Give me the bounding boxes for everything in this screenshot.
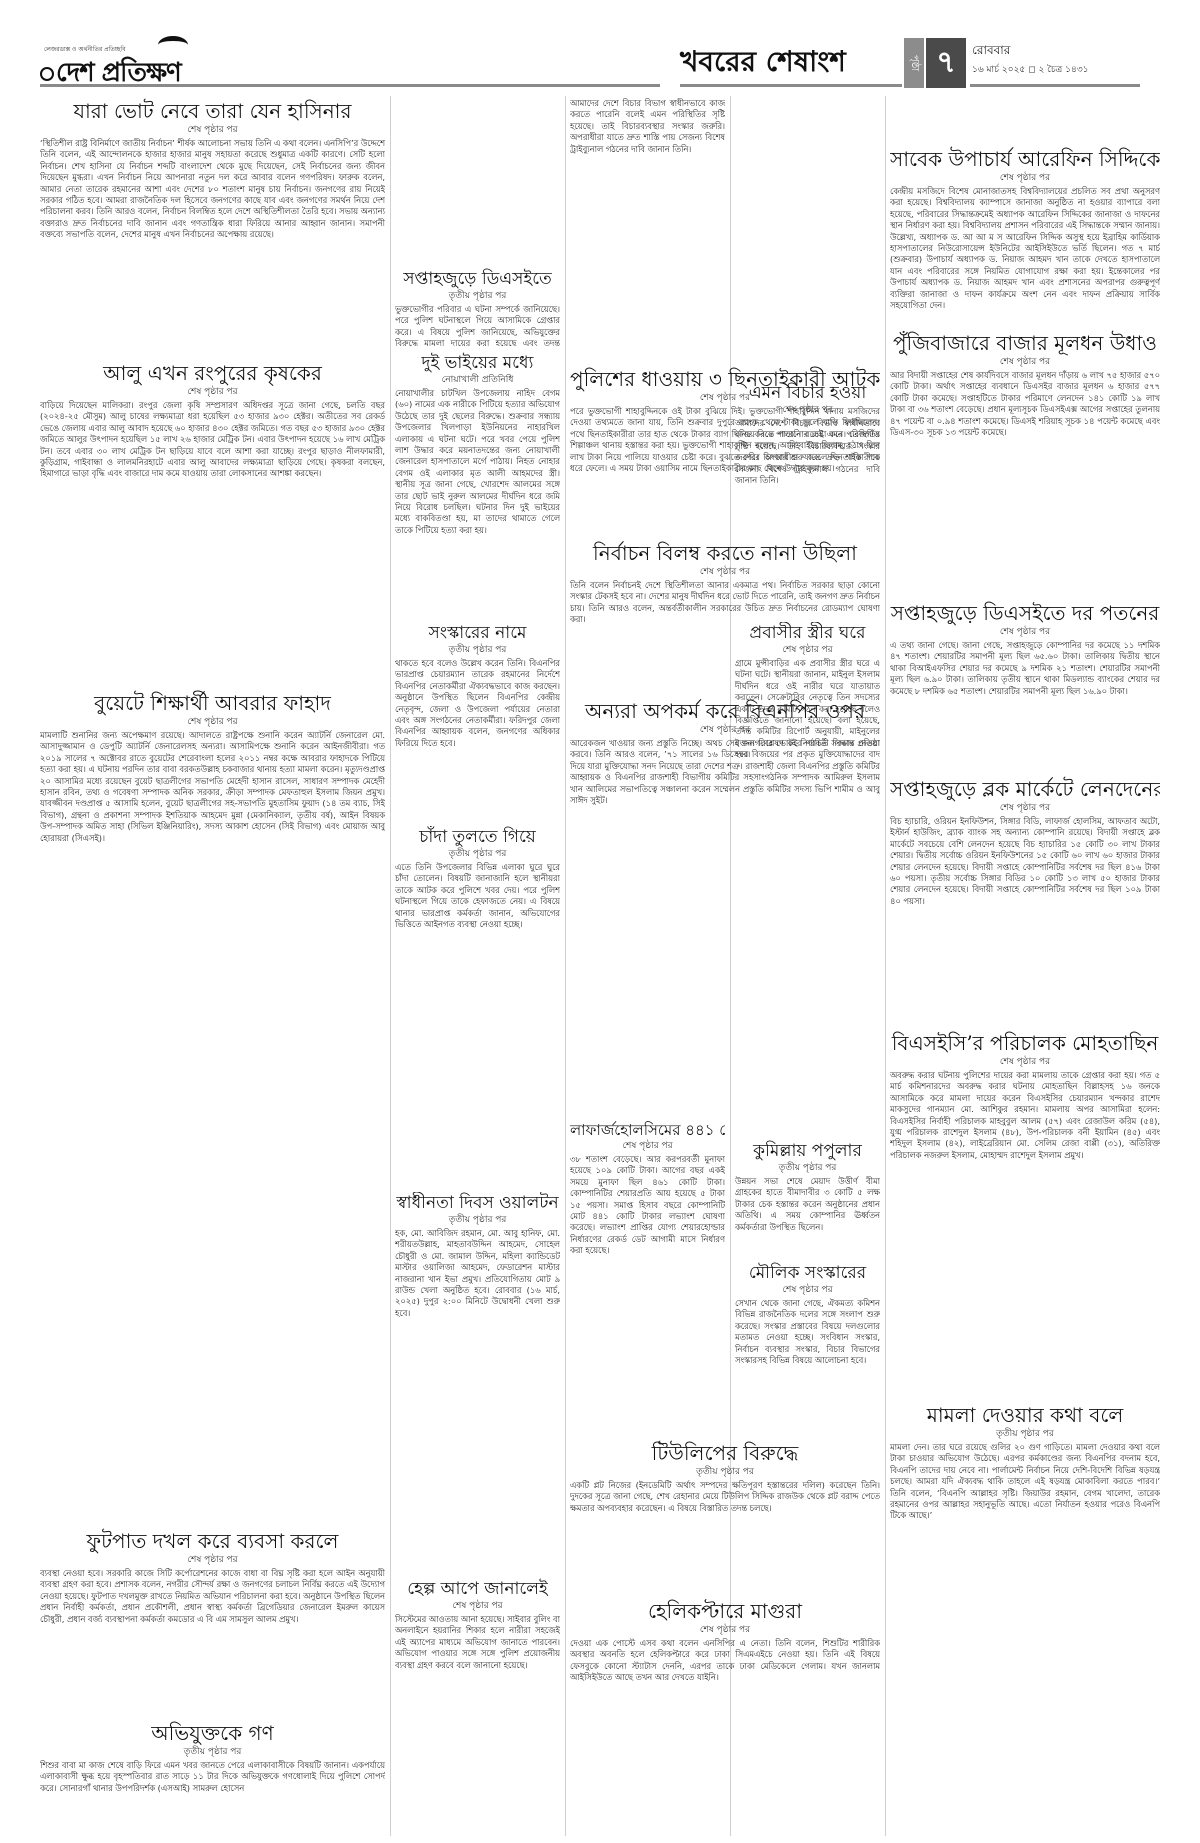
article[interactable]: মৌলিক সংস্কারের শেষ পৃষ্ঠার পর সেখান থেক… bbox=[735, 1262, 880, 1562]
article-body: এ তথ্য জানা গেছে। জানা গেছে, সপ্তাহজুড়ে… bbox=[890, 640, 1160, 697]
page-label: পৃষ্ঠা bbox=[904, 38, 924, 88]
article-headline[interactable]: লাফার্জহোলসিমের ৪৪১ কোটি টাকার bbox=[570, 1120, 725, 1140]
jump-line: শেষ পৃষ্ঠার পর bbox=[570, 1624, 880, 1636]
article-headline[interactable]: অভিযুক্তকে গণ bbox=[40, 1720, 385, 1746]
article-headline[interactable]: আলু এখন রংপুরের কৃষকের bbox=[40, 360, 385, 386]
masthead: লেজরডাক্স ও অর্থনীতির প্রতিচ্ছবি দেশ প্র… bbox=[40, 36, 1160, 92]
jump-line: শেষ পৃষ্ঠার পর bbox=[395, 1600, 560, 1612]
article[interactable]: সংস্কারের নামে তৃতীয় পৃষ্ঠার পর থাকতে হ… bbox=[395, 622, 560, 818]
article-headline[interactable]: সংস্কারের নামে bbox=[395, 622, 560, 644]
article-headline[interactable]: দুই ভাইয়ের মধ্যে bbox=[395, 352, 560, 374]
article-headline[interactable]: ফুটপাত দখল করে ব্যবসা করলে bbox=[40, 1528, 385, 1554]
page-number: ৭ bbox=[926, 38, 966, 88]
jump-line: শেষ পৃষ্ঠার পর bbox=[890, 626, 1160, 638]
article-headline[interactable]: হেল্প আপে জানালেই bbox=[395, 1578, 560, 1600]
article[interactable]: স্বাধীনতা দিবস ওয়ালটন তৃতীয় পৃষ্ঠার পর… bbox=[395, 1192, 560, 1562]
header-rule bbox=[680, 84, 902, 87]
article-body: আমাদের দেশে বিচার বিভাগ স্বাধীনভাবে কাজ … bbox=[570, 98, 725, 155]
article-headline[interactable]: সপ্তাহজুড়ে ডিএসইতে দর পতনের bbox=[890, 600, 1160, 626]
issue-day: রোববার bbox=[972, 42, 1010, 62]
article-headline[interactable]: সপ্তাহজুড়ে ডিএসইতে bbox=[395, 268, 560, 290]
jump-line: শেষ পৃষ্ঠার পর bbox=[40, 1554, 385, 1566]
article[interactable]: পুঁজিবাজারে বাজার মূলধন উধাও শেষ পৃষ্ঠার… bbox=[890, 330, 1160, 596]
article[interactable]: লাফার্জহোলসিমের ৪৪১ কোটি টাকার শেষ পৃষ্ঠ… bbox=[570, 1120, 725, 1400]
article-headline[interactable]: কুমিল্লায় পপুলার bbox=[735, 1140, 880, 1162]
article[interactable]: অভিযুক্তকে গণ তৃতীয় পৃষ্ঠার পর শিশুর বা… bbox=[40, 1720, 385, 1840]
article-body: অবরুদ্ধ করার ঘটনায় পুলিশের দায়ের করা ম… bbox=[890, 1070, 1160, 1161]
article-body: নোয়াখালীর চাটখিল উপজেলায় নাহিদ বেগম (৬… bbox=[395, 388, 560, 536]
jump-line: নোয়াখালী প্রতিনিধি bbox=[395, 374, 560, 386]
article-headline[interactable]: যারা ভোট নেবে তারা যেন হাসিনার bbox=[40, 98, 385, 124]
logo-wordmark: দেশ প্রতিক্ষণ bbox=[40, 52, 181, 96]
article-body: বিচ হ্যাচারি, ওরিয়ন ইনফিউশন, সিঙ্গার বি… bbox=[890, 816, 1160, 907]
article-body: বাড়িয়ে দিয়েছেন মালিকরা। রংপুর জেলা কৃ… bbox=[40, 400, 385, 480]
article[interactable]: সপ্তাহজুড়ে ব্লক মার্কেটে লেনদেনের শেষ প… bbox=[890, 776, 1160, 1016]
article-headline[interactable]: প্রবাসীর স্ত্রীর ঘরে bbox=[735, 622, 880, 644]
article[interactable]: যারা ভোট নেবে তারা যেন হাসিনার শেষ পৃষ্ঠ… bbox=[40, 98, 385, 356]
article[interactable]: এমন বিচার হওয়া শেষ পৃষ্ঠার পর আমাদের দে… bbox=[735, 382, 880, 614]
jump-line: শেষ পৃষ্ঠার পর bbox=[40, 716, 385, 728]
jump-line: তৃতীয় পৃষ্ঠার পর bbox=[890, 1428, 1160, 1440]
issue-date: ১৬ মার্চ ২০২৫ ◻ ২ চৈত্র ১৪৩১ bbox=[972, 62, 1089, 77]
article[interactable]: সপ্তাহজুড়ে ডিএসইতে তৃতীয় পৃষ্ঠার পর ভু… bbox=[395, 268, 560, 346]
jump-line: শেষ পৃষ্ঠার পর bbox=[570, 1140, 725, 1152]
jump-line: তৃতীয় পৃষ্ঠার পর bbox=[40, 1746, 385, 1758]
jump-line: শেষ পৃষ্ঠার পর bbox=[40, 124, 385, 136]
jump-line: শেষ পৃষ্ঠার পর bbox=[735, 644, 880, 656]
column-divider bbox=[390, 96, 391, 1836]
jump-line: শেষ পৃষ্ঠার পর bbox=[735, 404, 880, 416]
article-body: মামলা দেন। তার ঘরে রয়েছে গুলির ২০ গুণ গ… bbox=[890, 1442, 1160, 1522]
article-headline[interactable]: বুয়েটে শিক্ষার্থী আবরার ফাহাদ bbox=[40, 690, 385, 716]
jump-line: শেষ পৃষ্ঠার পর bbox=[890, 802, 1160, 814]
article-body: হক, মো. আবিজিদ রহমান, মো. আবু হানিফ, মো.… bbox=[395, 1228, 560, 1319]
article[interactable]: ফুটপাত দখল করে ব্যবসা করলে শেষ পৃষ্ঠার প… bbox=[40, 1528, 385, 1708]
jump-line: শেষ পৃষ্ঠার পর bbox=[890, 1056, 1160, 1068]
jump-line: শেষ পৃষ্ঠার পর bbox=[735, 1284, 880, 1296]
article-headline[interactable]: মৌলিক সংস্কারের bbox=[735, 1262, 880, 1284]
article-body: শিশুর বাবা মা কাজ শেষে বাড়ি ফিরে এমন খব… bbox=[40, 1760, 385, 1794]
article-body: এতে তিনি উপজেলার বিভিন্ন এলাকা ঘুরে ঘুরে… bbox=[395, 862, 560, 930]
article[interactable]: আলু এখন রংপুরের কৃষকের শেষ পৃষ্ঠার পর বা… bbox=[40, 360, 385, 680]
article[interactable]: আমাদের দেশে বিচার বিভাগ স্বাধীনভাবে কাজ … bbox=[570, 98, 725, 366]
article-body: মামলাটি শুনানির জন্য অপেক্ষমাণ রয়েছে। আ… bbox=[40, 730, 385, 844]
column-divider bbox=[565, 96, 566, 1836]
article-body: ৩৮ শতাংশ বেড়েছে। আর করপরবর্তী মুনাফা হয… bbox=[570, 1154, 725, 1257]
article-body: আর বিদায়ী সপ্তাহের শেষ কার্যদিবসে বাজার… bbox=[890, 370, 1160, 438]
article[interactable]: সপ্তাহজুড়ে ডিএসইতে দর পতনের শেষ পৃষ্ঠার… bbox=[890, 600, 1160, 770]
jump-line: তৃতীয় পৃষ্ঠার পর bbox=[395, 848, 560, 860]
article-headline[interactable]: সাবেক উপাচার্য আরেফিন সিদ্দিকের bbox=[890, 146, 1160, 172]
article-headline[interactable]: বিএসইসি’র পরিচালক মোহতাছিন bbox=[890, 1030, 1160, 1056]
jump-line: তৃতীয় পৃষ্ঠার পর bbox=[735, 1162, 880, 1174]
article[interactable]: সাবেক উপাচার্য আরেফিন সিদ্দিকের শেষ পৃষ্… bbox=[890, 146, 1160, 322]
article-headline[interactable]: পুঁজিবাজারে বাজার মূলধন উধাও bbox=[890, 330, 1160, 356]
article-headline[interactable]: এমন বিচার হওয়া bbox=[735, 382, 880, 404]
article[interactable]: বিএসইসি’র পরিচালক মোহতাছিন শেষ পৃষ্ঠার প… bbox=[890, 1030, 1160, 1370]
article-body: উন্নয়ন সভা শেষে মেয়াদ উত্তীর্ণ বীমা গ্… bbox=[735, 1176, 880, 1233]
article[interactable]: দুই ভাইয়ের মধ্যে নোয়াখালী প্রতিনিধি নো… bbox=[395, 352, 560, 610]
article[interactable]: প্রবাসীর স্ত্রীর ঘরে শেষ পৃষ্ঠার পর গ্রা… bbox=[735, 622, 880, 1122]
article-headline[interactable]: হেলিকপ্টারে মাগুরা bbox=[570, 1598, 880, 1624]
article[interactable]: হেলিকপ্টারে মাগুরা শেষ পৃষ্ঠার পর দেওয়া… bbox=[570, 1598, 880, 1838]
article-headline[interactable]: মামলা দেওয়ার কথা বলে bbox=[890, 1402, 1160, 1428]
article-body: থাকতে হবে বলেও উল্লেখ করেন তিনি। বিএনপির… bbox=[395, 658, 560, 749]
jump-line: শেষ পৃষ্ঠার পর bbox=[890, 356, 1160, 368]
jump-line: শেষ পৃষ্ঠার পর bbox=[40, 386, 385, 398]
article-headline[interactable]: চাঁদা তুলতে গিয়ে bbox=[395, 826, 560, 848]
article-body: আমাদের দেশে বিচার বিভাগ স্বাধীনভাবে কাজ … bbox=[735, 418, 880, 486]
article[interactable]: হেল্প আপে জানালেই শেষ পৃষ্ঠার পর সিস্টেম… bbox=[395, 1578, 560, 1838]
header-rule bbox=[970, 84, 1140, 87]
article[interactable]: বুয়েটে শিক্ষার্থী আবরার ফাহাদ শেষ পৃষ্ঠ… bbox=[40, 690, 385, 1250]
section-title: খবরের শেষাংশ bbox=[680, 40, 846, 87]
article-headline[interactable]: সপ্তাহজুড়ে ব্লক মার্কেটে লেনদেনের bbox=[890, 776, 1160, 802]
article-body: কেন্দ্রীয় মসজিদে বিশেষ মোনাজাতসহ বিশ্বব… bbox=[890, 186, 1160, 311]
globe-icon bbox=[40, 67, 54, 81]
article-body: ব্যবস্থা নেওয়া হবে। সরকারি কাজে সিটি কর… bbox=[40, 1568, 385, 1625]
jump-line: তৃতীয় পৃষ্ঠার পর bbox=[395, 1214, 560, 1226]
article[interactable]: কুমিল্লায় পপুলার তৃতীয় পৃষ্ঠার পর উন্ন… bbox=[735, 1140, 880, 1260]
article[interactable]: মামলা দেওয়ার কথা বলে তৃতীয় পৃষ্ঠার পর … bbox=[890, 1402, 1160, 1838]
column-divider bbox=[885, 96, 886, 1836]
article-body: দেওয়া এক পোস্টে এসব কথা বলেন এনসিপির এ … bbox=[570, 1638, 880, 1684]
article-body: সিস্টেমের আওতায় আনা হয়েছে। সাইবার বুলি… bbox=[395, 1614, 560, 1671]
newspaper-logo[interactable]: লেজরডাক্স ও অর্থনীতির প্রতিচ্ছবি দেশ প্র… bbox=[40, 36, 240, 84]
article-body: ‘স্থিতিশীল রাষ্ট্র বিনির্মাণে জাতীয় নির… bbox=[40, 138, 385, 241]
article-body: সেখান থেকে জানা গেছে, ঐকমত্য কমিশন বিভিন… bbox=[735, 1298, 880, 1366]
jump-line: শেষ পৃষ্ঠার পর bbox=[890, 172, 1160, 184]
jump-line: তৃতীয় পৃষ্ঠার পর bbox=[395, 290, 560, 302]
article-body: ভুক্তভোগীর পরিবার এ ঘটনা সম্পর্কে জানিয়… bbox=[395, 304, 560, 346]
article-headline[interactable]: স্বাধীনতা দিবস ওয়ালটন bbox=[395, 1192, 560, 1214]
header-rule bbox=[40, 84, 660, 87]
jump-line: তৃতীয় পৃষ্ঠার পর bbox=[395, 644, 560, 656]
article-body: গ্রামে মুন্সীবাড়ির এক প্রবাসীর স্ত্রীর … bbox=[735, 658, 880, 761]
article[interactable]: চাঁদা তুলতে গিয়ে তৃতীয় পৃষ্ঠার পর এতে … bbox=[395, 826, 560, 1080]
